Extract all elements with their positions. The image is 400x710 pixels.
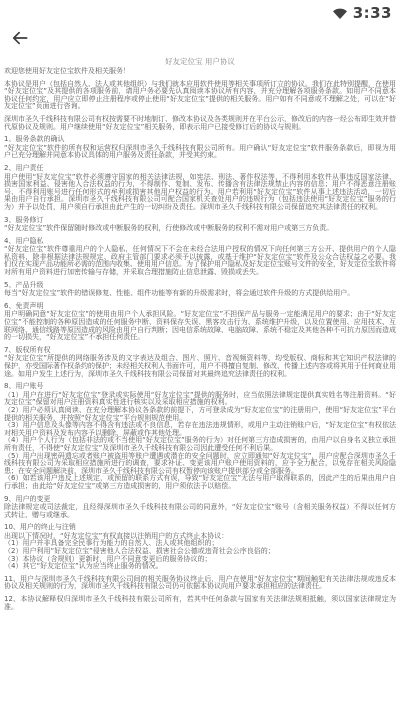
status-time: 3:33 bbox=[353, 4, 392, 22]
agreement-section-10: 10、用户的终止与注销 出现以下情况时，“好友定位宝”有权直接以注销用户的方式终… bbox=[4, 524, 396, 571]
welcome-line: 欢迎您使用好友定位宝软件及相关服务！ bbox=[4, 68, 396, 76]
section-heading: 3、服务修订 bbox=[4, 217, 396, 225]
intro-paragraph: 本协议是用户（包括自然人、法人或其他组织）与我们就本应用软件使用等相关事项所订立… bbox=[4, 81, 396, 111]
agreement-scroll-area[interactable]: 好友定位宝 用户协议 欢迎您使用好友定位宝软件及相关服务！ 本协议是用户（包括自… bbox=[0, 52, 400, 626]
section-paragraph: （4）其它“好友定位宝”认为应当终止服务的情况。 bbox=[4, 563, 396, 571]
section-paragraph: 每当“好友定位宝”软件的错误修复、性能、组件功能等有新的升级需求时，将会通过软件… bbox=[4, 290, 396, 298]
agreement-section-1: 1、服务条款的确认 “好友定位宝”软件的所有权和运营权归深圳市圣久千线科技有限公… bbox=[4, 136, 396, 160]
section-paragraph: 除法律规定或司法裁定，且经得深圳市圣久千线科技有限公司的同意外，“好友定位宝”账… bbox=[4, 504, 396, 519]
section-paragraph: （2）用户必须认真阅读、在充分理解本协议各条款的前提下，方可登录成为“好友定位宝… bbox=[4, 407, 396, 422]
section-heading: 8、用户账号 bbox=[4, 383, 396, 391]
closing-paragraph: 11、用户与深圳市圣久千线科技有限公司间的相关服务协议终止后，用户在使用“好友定… bbox=[4, 576, 396, 591]
section-paragraph: 用户明确同意“好友定位宝”的使用由用户个人承担风险。“好友定位宝”不担保产品与服… bbox=[4, 311, 396, 341]
arrow-left-icon bbox=[10, 28, 30, 48]
agreement-section-4: 4、用户隐私 “好友定位宝”软件尊重用户的个人隐私，任何情况下不会在未经合法用户… bbox=[4, 238, 396, 277]
wifi-icon bbox=[332, 6, 348, 20]
section-heading: 9、用户的变更 bbox=[4, 496, 396, 504]
section-paragraph: （6）如若该用户违反上述规定，或预留的联系方式有误，导致“好友定位宝”无法与用户… bbox=[4, 475, 396, 490]
agreement-section-6: 6、免责声明 用户明确同意“好友定位宝”的使用由用户个人承担风险。“好友定位宝”… bbox=[4, 303, 396, 342]
intro-paragraph: 深圳市圣久千线科技有限公司有权按需要不时地制订、修改本协议及各类规则并在平台公示… bbox=[4, 116, 396, 131]
section-heading: 2、用户责任 bbox=[4, 165, 396, 173]
agreement-section-5: 5、产品升级 每当“好友定位宝”软件的错误修复、性能、组件功能等有新的升级需求时… bbox=[4, 282, 396, 298]
toolbar bbox=[0, 24, 400, 52]
page-title: 好友定位宝 用户协议 bbox=[4, 57, 396, 66]
agreement-section-7: 7、版权所有权 “好友定位宝”所提供的网络服务涉及的文字表达及组合、图片、照片、… bbox=[4, 347, 396, 378]
section-paragraph: （1）用户在进行“好友定位宝”登录或实际使用“好友定位宝”提供的服务时，应当依照… bbox=[4, 392, 396, 407]
section-paragraph: “好友定位宝”软件保留随时修改或中断服务的权利，行使修改或中断服务的权利不需对用… bbox=[4, 225, 396, 233]
section-paragraph: “好友定位宝”所提供的网络服务涉及的文字表达及组合、图片、照片、音视频资料等，均… bbox=[4, 355, 396, 378]
section-paragraph: （4）用户个人行为（包括非法的或不当使用“好友定位宝”服务的行为）对任何第三方造… bbox=[4, 437, 396, 452]
agreement-section-2: 2、用户责任 用户使用“好友定位宝”软件必须遵守国家的相关法律法规，如宪法、刑法… bbox=[4, 165, 396, 212]
section-paragraph: “好友定位宝”软件的所有权和运营权归深圳市圣久千线科技有限公司所有。用户确认“好… bbox=[4, 145, 396, 160]
status-bar: 3:33 bbox=[0, 0, 400, 24]
section-paragraph: “好友定位宝”软件尊重用户的个人隐私，任何情况下不会在未经合法用户授权的情况下向… bbox=[4, 246, 396, 276]
agreement-section-8: 8、用户账号 （1）用户在进行“好友定位宝”登录或实际使用“好友定位宝”提供的服… bbox=[4, 383, 396, 490]
app-screen: 3:33 好友定位宝 用户协议 欢迎您使用好友定位宝软件及相关服务！ 本协议是用… bbox=[0, 0, 400, 710]
closing-paragraph: 12、本协议解释权归深圳市圣久千线科技有限公司所有，若其中任何条款与国家有关法律… bbox=[4, 596, 396, 611]
section-heading: 1、服务条款的确认 bbox=[4, 136, 396, 144]
section-paragraph: 用户使用“好友定位宝”软件必须遵守国家的相关法律法规，如宪法、刑法、著作权法等，… bbox=[4, 174, 396, 212]
section-paragraph: （5）用户出现密码遗忘或者账户被盗用等账户遭遇或潜在的安全问题时，应立即通知“好… bbox=[4, 453, 396, 476]
back-button[interactable] bbox=[6, 25, 34, 51]
agreement-section-9: 9、用户的变更 除法律规定或司法裁定，且经得深圳市圣久千线科技有限公司的同意外，… bbox=[4, 496, 396, 520]
section-heading: 10、用户的终止与注销 bbox=[4, 524, 396, 532]
agreement-section-3: 3、服务修订 “好友定位宝”软件保留随时修改或中断服务的权利，行使修改或中断服务… bbox=[4, 217, 396, 233]
